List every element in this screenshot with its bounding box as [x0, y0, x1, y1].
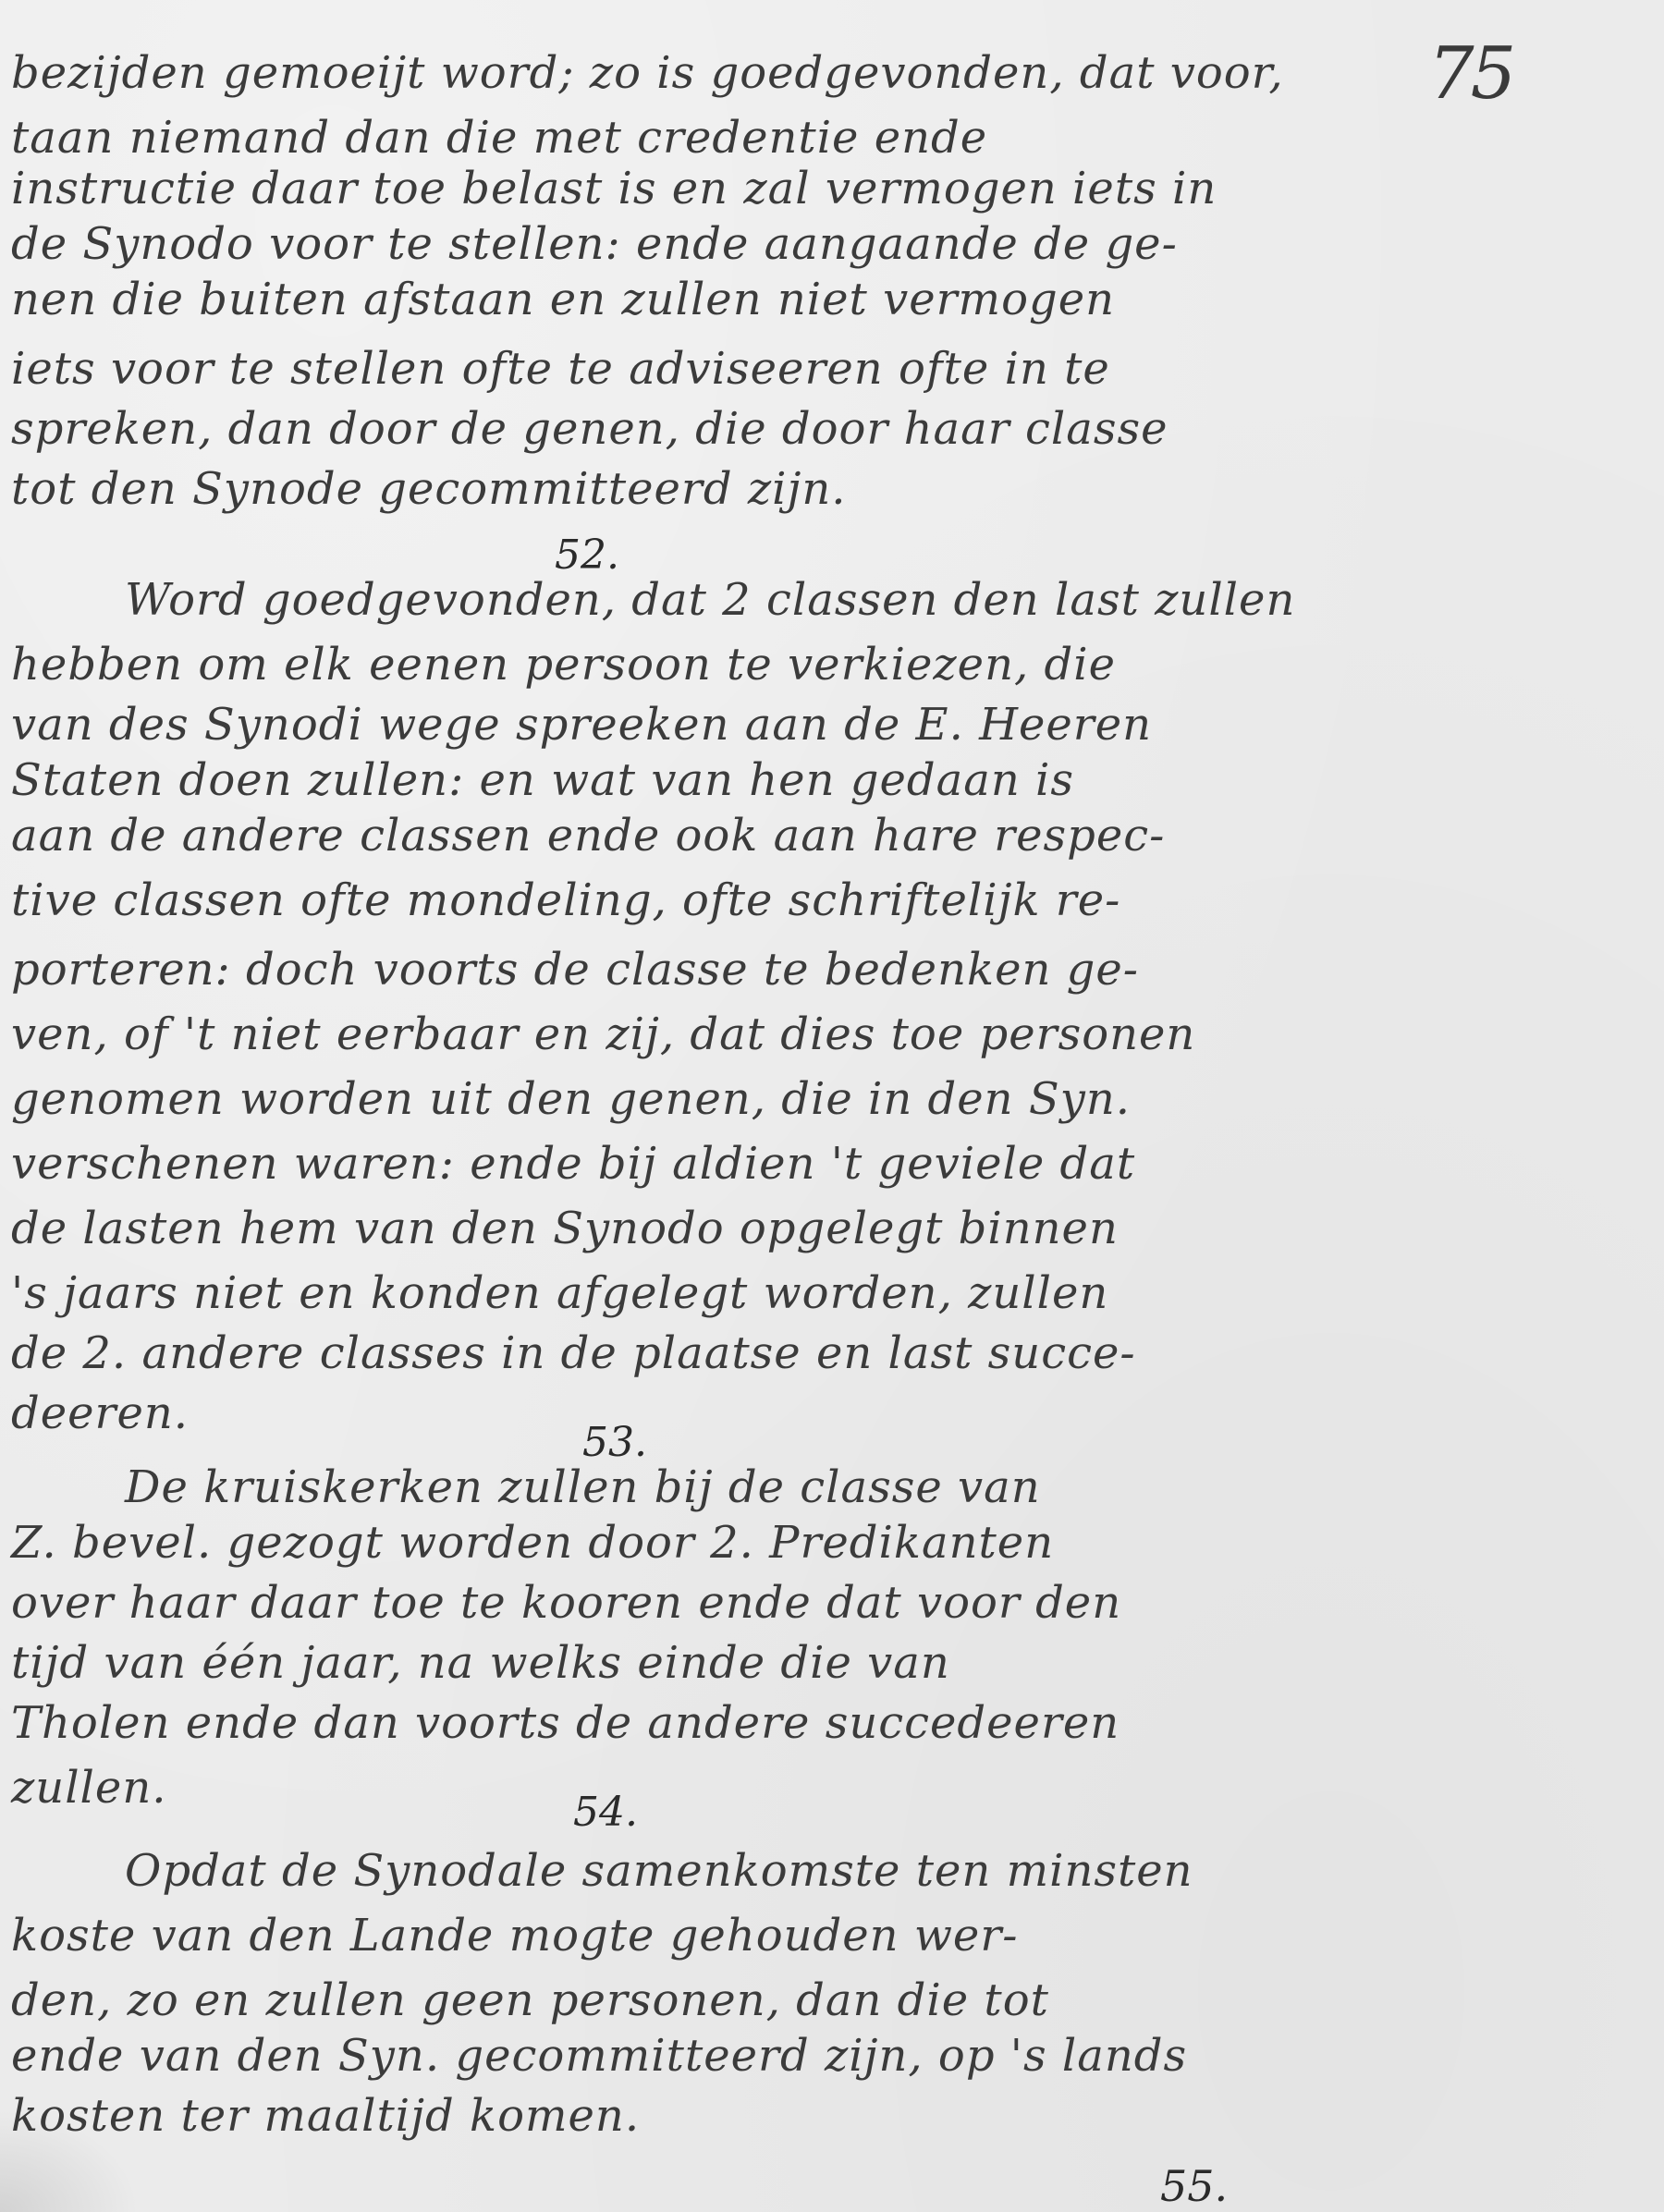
text-line: porteren: doch voorts de classe te beden… — [11, 947, 1139, 992]
text-line: hebben om elk eenen persoon te verkiezen… — [11, 642, 1116, 687]
text-line: Tholen ende dan voorts de andere succede… — [11, 1701, 1120, 1745]
text-line: ende van den Syn. gecommitteerd zijn, op… — [11, 2034, 1187, 2078]
manuscript-page: 75 bezijden gemoeijt word; zo is goedgev… — [0, 0, 1664, 2212]
text-line: Staten doen zullen: en wat van hen gedaa… — [11, 758, 1074, 802]
text-line: tijd van één jaar, na welks einde die va… — [11, 1641, 950, 1685]
text-line: verschenen waren: ende bij aldien 't gev… — [11, 1142, 1135, 1186]
text-line: de 2. andere classes in de plaatse en la… — [11, 1331, 1136, 1375]
text-line: genomen worden uit den genen, die in den… — [11, 1077, 1131, 1121]
catchword-article-number: 55. — [1160, 2161, 1228, 2211]
text-line: over haar daar toe te kooren ende dat vo… — [11, 1581, 1121, 1625]
text-line: Word goedgevonden, dat 2 classen den las… — [125, 578, 1295, 622]
text-line: De kruiskerken zullen bij de classe van — [125, 1465, 1041, 1509]
text-line: bezijden gemoeijt word; zo is goedgevond… — [11, 51, 1284, 95]
text-line: aan de andere classen ende ook aan hare … — [11, 813, 1165, 858]
article-number: 52. — [555, 532, 619, 579]
text-line: 's jaars niet en konden afgelegt worden,… — [11, 1271, 1108, 1315]
article-number: 53. — [582, 1419, 647, 1466]
text-line: Opdat de Synodale samenkomste ten minste… — [125, 1849, 1193, 1893]
text-line: iets voor te stellen ofte te adviseeren … — [11, 347, 1110, 391]
text-line: de lasten hem van den Synodo opgelegt bi… — [11, 1206, 1119, 1251]
text-line: van des Synodi wege spreeken aan de E. H… — [11, 703, 1152, 747]
text-line: instructie daar toe belast is en zal ver… — [11, 166, 1217, 211]
text-line: den, zo en zullen geen personen, dan die… — [11, 1978, 1049, 2023]
text-line: deeren. — [11, 1391, 189, 1436]
folio-number: 75 — [1428, 32, 1512, 116]
text-line: zullen. — [11, 1766, 166, 1810]
text-line: ven, of 't niet eerbaar en zij, dat dies… — [11, 1012, 1195, 1057]
article-number: 54. — [573, 1789, 638, 1836]
text-line: koste van den Lande mogte gehouden wer- — [11, 1913, 1019, 1958]
text-line: tive classen ofte mondeling, ofte schrif… — [11, 878, 1120, 923]
text-line: tot den Synode gecommitteerd zijn. — [11, 467, 847, 511]
text-line: taan niemand dan die met credentie ende — [11, 116, 987, 160]
text-line: nen die buiten afstaan en zullen niet ve… — [11, 277, 1115, 322]
text-line: de Synodo voor te stellen: ende aangaand… — [11, 222, 1178, 266]
text-line: kosten ter maaltijd komen. — [11, 2094, 640, 2138]
text-line: Z. bevel. gezogt worden door 2. Predikan… — [11, 1521, 1054, 1565]
text-line: spreken, dan door de genen, die door haa… — [11, 407, 1168, 451]
